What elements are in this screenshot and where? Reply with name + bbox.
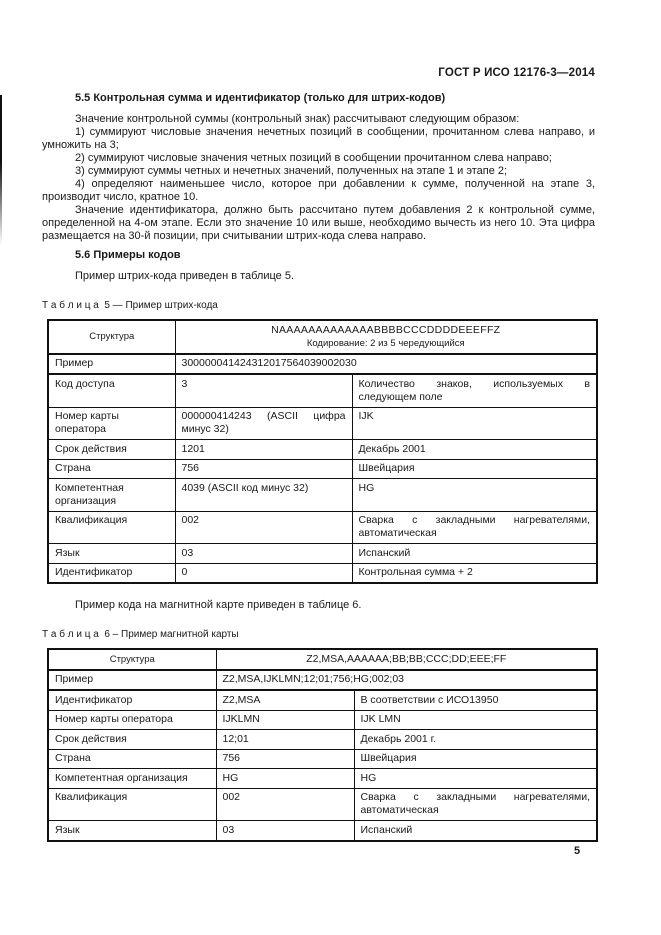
cell-value: 3 bbox=[175, 374, 352, 407]
cell-note: HG bbox=[352, 479, 597, 512]
cell-example-value: Z2,MSA,IJKLMN;12;01;756;HG;002;03 bbox=[216, 670, 597, 691]
cell-label: Квалификация bbox=[48, 788, 216, 821]
cell-structure-label: Структура bbox=[48, 649, 216, 670]
structure-encoding: Кодирование: 2 из 5 чередующийся bbox=[182, 337, 591, 350]
cell-note: Испанский bbox=[352, 544, 597, 564]
cell-label: Пример bbox=[48, 354, 175, 375]
page-number: 5 bbox=[574, 845, 580, 857]
list-item-step-2: 2) суммируют числовые значения четных по… bbox=[42, 152, 595, 165]
cell-note: Швейцария bbox=[354, 749, 597, 769]
table-row-header: Структура NAAAAAAAAAAAAABBBBCCCDDDDEEEFF… bbox=[48, 320, 597, 354]
table-6-magnetic-card-example: Структура Z2,MSA,AAAAAA;BB;BB;CCC;DD;EEE… bbox=[47, 648, 598, 842]
cell-value: 756 bbox=[175, 459, 352, 479]
cell-value: 000000414243 (ASCII цифра минус 32) bbox=[175, 407, 352, 440]
cell-note: Декабрь 2001 г. bbox=[354, 730, 597, 750]
cell-note: IJK LMN bbox=[354, 710, 597, 730]
table-row: Номер карты оператора 000000414243 (ASCI… bbox=[48, 407, 597, 440]
cell-value: 12;01 bbox=[216, 730, 354, 750]
cell-value: 03 bbox=[175, 544, 352, 564]
table-row-example: Пример Z2,MSA,IJKLMN;12;01;756;HG;002;03 bbox=[48, 670, 597, 691]
paragraph-identifier: Значение идентификатора, должно быть рас… bbox=[42, 204, 595, 243]
section-5-5-heading: 5.5 Контрольная сумма и идентификатор (т… bbox=[42, 92, 595, 105]
cell-label: Код доступа bbox=[48, 374, 175, 407]
cell-value: 002 bbox=[216, 788, 354, 821]
document-page: ГОСТ Р ИСО 12176-3—2014 5.5 Контрольная … bbox=[0, 0, 661, 935]
table-5-barcode-example: Структура NAAAAAAAAAAAAABBBBCCCDDDDEEEFF… bbox=[47, 319, 598, 584]
list-item-step-3: 3) суммируют суммы четных и нечетных зна… bbox=[42, 165, 595, 178]
cell-label: Пример bbox=[48, 670, 216, 691]
table-row: Страна 756 Швейцария bbox=[48, 459, 597, 479]
cell-label: Номер карты оператора bbox=[48, 710, 216, 730]
table-row: Код доступа 3 Количество знаков, использ… bbox=[48, 374, 597, 407]
list-item-step-1: 1) суммируют числовые значения нечетных … bbox=[42, 126, 595, 152]
cell-label: Идентификатор bbox=[48, 690, 216, 710]
cell-label: Язык bbox=[48, 544, 175, 564]
table-row: Идентификатор Z2,MSA В соответствии с ИС… bbox=[48, 690, 597, 710]
cell-label: Компетентная организация bbox=[48, 769, 216, 789]
table-5-caption: Т а б л и ц а 5 — Пример штрих-кода bbox=[42, 300, 595, 312]
section-5-6-heading: 5.6 Примеры кодов bbox=[42, 249, 595, 262]
table-row: Компетентная организация 4039 (ASCII код… bbox=[48, 479, 597, 512]
cell-note: Швейцария bbox=[352, 459, 597, 479]
scan-artifact-line bbox=[0, 95, 2, 245]
table-row: Квалификация 002 Сварка с закладными наг… bbox=[48, 788, 597, 821]
cell-value: 0 bbox=[175, 563, 352, 583]
table-6-caption: Т а б л и ц а 6 – Пример магнитной карты bbox=[42, 629, 595, 641]
cell-example-value: 300000041424312017564039002030 bbox=[175, 354, 597, 375]
cell-label: Компетентная организация bbox=[48, 479, 175, 512]
paragraph-magnetic-intro: Пример кода на магнитной карте приведен … bbox=[42, 599, 595, 612]
table-row: Язык 03 Испанский bbox=[48, 821, 597, 841]
doc-header-title: ГОСТ Р ИСО 12176-3—2014 bbox=[42, 67, 595, 80]
cell-note: В соответствии с ИСО13950 bbox=[354, 690, 597, 710]
table-row: Срок действия 1201 Декабрь 2001 bbox=[48, 440, 597, 460]
table-row: Язык 03 Испанский bbox=[48, 544, 597, 564]
table-row: Срок действия 12;01 Декабрь 2001 г. bbox=[48, 730, 597, 750]
table-row: Страна 756 Швейцария bbox=[48, 749, 597, 769]
cell-label: Страна bbox=[48, 749, 216, 769]
table-row-example: Пример 300000041424312017564039002030 bbox=[48, 354, 597, 375]
structure-pattern: NAAAAAAAAAAAAABBBBCCCDDDDEEEFFZ bbox=[182, 324, 591, 337]
cell-structure-value: NAAAAAAAAAAAAABBBBCCCDDDDEEEFFZ Кодирова… bbox=[175, 320, 597, 354]
cell-note: Испанский bbox=[354, 821, 597, 841]
cell-label: Срок действия bbox=[48, 730, 216, 750]
cell-note: IJK bbox=[352, 407, 597, 440]
paragraph-checksum-intro: Значение контрольной суммы (контрольный … bbox=[42, 113, 595, 126]
table-row: Квалификация 002 Сварка с закладными наг… bbox=[48, 511, 597, 544]
cell-label: Идентификатор bbox=[48, 563, 175, 583]
table-row: Компетентная организация HG HG bbox=[48, 769, 597, 789]
paragraph-barcode-intro: Пример штрих-кода приведен в таблице 5. bbox=[42, 270, 595, 283]
cell-label: Страна bbox=[48, 459, 175, 479]
cell-note: Сварка с закладными нагревателями, автом… bbox=[354, 788, 597, 821]
cell-note: Количество знаков, используемых в следую… bbox=[352, 374, 597, 407]
cell-value: 756 bbox=[216, 749, 354, 769]
cell-structure-label: Структура bbox=[48, 320, 175, 354]
cell-value: HG bbox=[216, 769, 354, 789]
cell-value: 002 bbox=[175, 511, 352, 544]
cell-note: Декабрь 2001 bbox=[352, 440, 597, 460]
cell-value: 03 bbox=[216, 821, 354, 841]
list-item-step-4: 4) определяют наименьшее число, которое … bbox=[42, 178, 595, 204]
cell-note: Контрольная сумма + 2 bbox=[352, 563, 597, 583]
cell-label: Номер карты оператора bbox=[48, 407, 175, 440]
cell-value: IJKLMN bbox=[216, 710, 354, 730]
cell-note: Сварка с закладными нагревателями, автом… bbox=[352, 511, 597, 544]
cell-label: Срок действия bbox=[48, 440, 175, 460]
cell-note: HG bbox=[354, 769, 597, 789]
cell-label: Квалификация bbox=[48, 511, 175, 544]
cell-value: 1201 bbox=[175, 440, 352, 460]
cell-structure-value: Z2,MSA,AAAAAA;BB;BB;CCC;DD;EEE;FF bbox=[216, 649, 597, 670]
cell-value: 4039 (ASCII код минус 32) bbox=[175, 479, 352, 512]
cell-label: Язык bbox=[48, 821, 216, 841]
table-row: Идентификатор 0 Контрольная сумма + 2 bbox=[48, 563, 597, 583]
table-row-header: Структура Z2,MSA,AAAAAA;BB;BB;CCC;DD;EEE… bbox=[48, 649, 597, 670]
table-row: Номер карты оператора IJKLMN IJK LMN bbox=[48, 710, 597, 730]
cell-value: Z2,MSA bbox=[216, 690, 354, 710]
